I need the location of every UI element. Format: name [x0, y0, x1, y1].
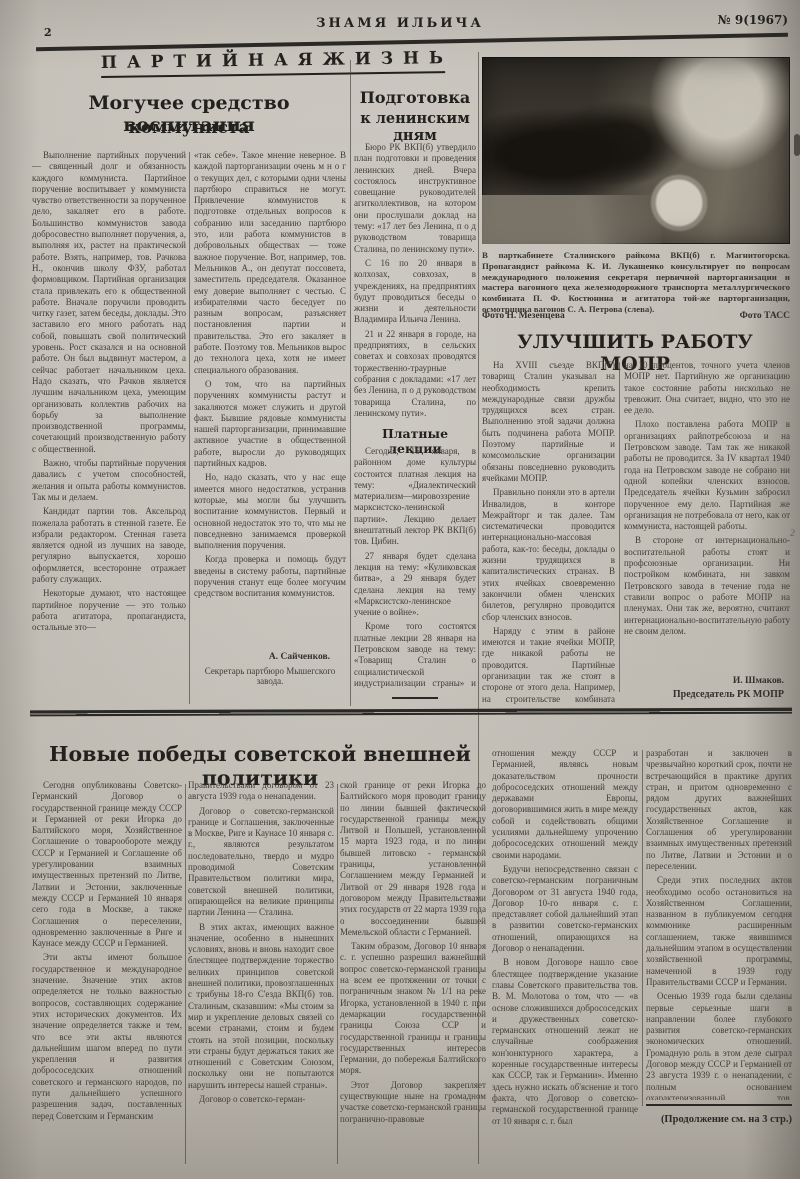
photo-credits: Фото Н. Мезенцева Фото ТАСС — [482, 311, 790, 321]
paragraph: Договор о советско-германской границе и … — [188, 806, 334, 919]
scan-artifact — [794, 134, 800, 156]
paragraph: Кроме того состоятся платные лекции 28 я… — [354, 621, 476, 690]
article2-headline-line1: Подготовка — [352, 88, 478, 107]
paragraph: разработан и заключен в чрезвычайно коро… — [646, 748, 792, 872]
paragraph: Среди этих последних актов необходимо ос… — [646, 875, 792, 988]
column-divider — [337, 784, 338, 1164]
paragraph: Эти акты имеют большое государственное и… — [32, 952, 182, 1121]
paragraph: Будучи непосредственно связан с советско… — [492, 864, 638, 954]
foreign-policy-column-5: разработан и заключен в чрезвычайно коро… — [646, 748, 792, 1100]
photo-credit-right: Фото ТАСС — [740, 311, 790, 321]
article1-signature-role: Секретарь партбюро Мышегского завода. — [194, 666, 346, 686]
paragraph: 21 и 22 января в городе, на предприятиях… — [354, 329, 476, 418]
paragraph: отношения между СССР и Германией, являяс… — [492, 748, 638, 861]
foreign-policy-column-2: Правительствами договором от 23 августа … — [188, 780, 334, 1168]
paragraph: Кандидат партии тов. Аксельрод пожелала … — [32, 506, 186, 585]
lectures-column: Сегодня, 16 января, в районном доме куль… — [354, 446, 476, 690]
paragraph: Правильно поняли это в артели Инвалидов,… — [482, 487, 615, 623]
column-divider — [350, 60, 351, 706]
column-divider — [642, 750, 643, 1106]
article2-column: Бюро РК ВКП(б) утвердило план подготовки… — [354, 142, 476, 418]
paragraph: Наряду с этим в районе имеются и такие я… — [482, 626, 615, 704]
issue-number: № 9(1967) — [718, 13, 788, 27]
article1-column-1: Выполнение партийных поручений — священн… — [32, 150, 186, 706]
paragraph: На XVIII съезде ВКП(б) товарищ Сталин ук… — [482, 360, 615, 484]
newspaper-page: 2 ЗНАМЯ ИЛЬИЧА № 9(1967) П А Р Т И Й Н А… — [0, 0, 800, 1179]
paragraph: В стороне от интернационально-воспитател… — [624, 535, 790, 637]
paragraph: О том, что на партийных поручениях комму… — [194, 379, 346, 469]
paragraph: Некоторые думают, что настоящее партийно… — [32, 588, 186, 633]
mopr-column-2: на 10 процентов, точного учета членов МО… — [624, 360, 790, 672]
paragraph: Бюро РК ВКП(б) утвердило план подготовки… — [354, 142, 476, 255]
paragraph: В этих актах, имеющих важное значение, о… — [188, 922, 334, 1091]
paragraph: ской границе от реки Игорка до Балтийско… — [340, 780, 486, 938]
paragraph: Выполнение партийных поручений — священн… — [32, 150, 186, 455]
column-divider — [619, 362, 620, 692]
photo-image — [482, 57, 790, 244]
lectures-end-rule — [392, 697, 438, 699]
section-party-life-header: П А Р Т И Й Н А Я Ж И З Н Ь — [92, 48, 392, 78]
paragraph: Плохо поставлена работа МОПР в организац… — [624, 419, 790, 532]
mopr-signature-role: Председатель РК МОПР — [624, 689, 784, 700]
section-separator-rule — [30, 708, 792, 717]
article1-headline-line2: коммуниста — [28, 118, 350, 138]
paragraph: Таким образом, Договор 10 января с. г. у… — [340, 941, 486, 1077]
mopr-column-1: На XVIII съезде ВКП(б) товарищ Сталин ук… — [482, 360, 615, 704]
paragraph: Договор о советско-герман- — [188, 1094, 334, 1105]
paragraph: «так себе». Такое мнение неверное. В каж… — [194, 150, 346, 376]
paragraph: Правительствами договором от 23 августа … — [188, 780, 334, 803]
section-title: П А Р Т И Й Н А Я Ж И З Н Ь — [101, 48, 445, 78]
paragraph: С 16 по 20 января в колхозах, совхозах, … — [354, 258, 476, 326]
paragraph: Но, надо сказать, что у нас еще имеется … — [194, 472, 346, 551]
column-divider — [189, 152, 190, 704]
mopr-signature: И. Шмаков. — [624, 676, 784, 686]
paragraph: 27 января будет сделана лекция на тему: … — [354, 551, 476, 619]
article1-column-2: «так себе». Такое мнение неверное. В каж… — [194, 150, 346, 650]
paragraph: на 10 процентов, точного учета членов МО… — [624, 360, 790, 416]
paragraph: Когда проверка и помощь будут введены в … — [194, 554, 346, 599]
article1-signature: А. Сайченков. — [194, 652, 344, 662]
column-divider — [185, 784, 186, 1164]
paragraph: Сегодня, 16 января, в районном доме куль… — [354, 446, 476, 548]
scan-artifact: 2 — [789, 528, 795, 540]
foreign-policy-column-3: ской границе от реки Игорка до Балтийско… — [340, 780, 486, 1168]
continuation-note: (Продолжение см. на 3 стр.) — [640, 1114, 792, 1125]
masthead: ЗНАМЯ ИЛЬИЧА — [0, 16, 800, 31]
article2-headline-line2: к ленинским дням — [352, 110, 478, 144]
continuation-rule — [646, 1104, 792, 1106]
photo-caption: В парткабинете Сталинского райкома ВКП(б… — [482, 250, 790, 310]
photo-credit-left: Фото Н. Мезенцева — [482, 311, 565, 321]
paragraph: Сегодня опубликованы Советско-Германский… — [32, 780, 182, 949]
paragraph: Этот Договор закрепляет существующие нын… — [340, 1080, 486, 1125]
paragraph: Осенью 1939 года были сделаны первые сер… — [646, 991, 792, 1100]
foreign-policy-column-4: отношения между СССР и Германией, являяс… — [492, 748, 638, 1166]
photo-table-area — [482, 195, 661, 244]
foreign-policy-column-1: Сегодня опубликованы Советско-Германский… — [32, 780, 182, 1168]
paragraph: Важно, чтобы партийные поручения давалис… — [32, 458, 186, 503]
paragraph: В новом Договоре нашло свое блестящее по… — [492, 957, 638, 1126]
